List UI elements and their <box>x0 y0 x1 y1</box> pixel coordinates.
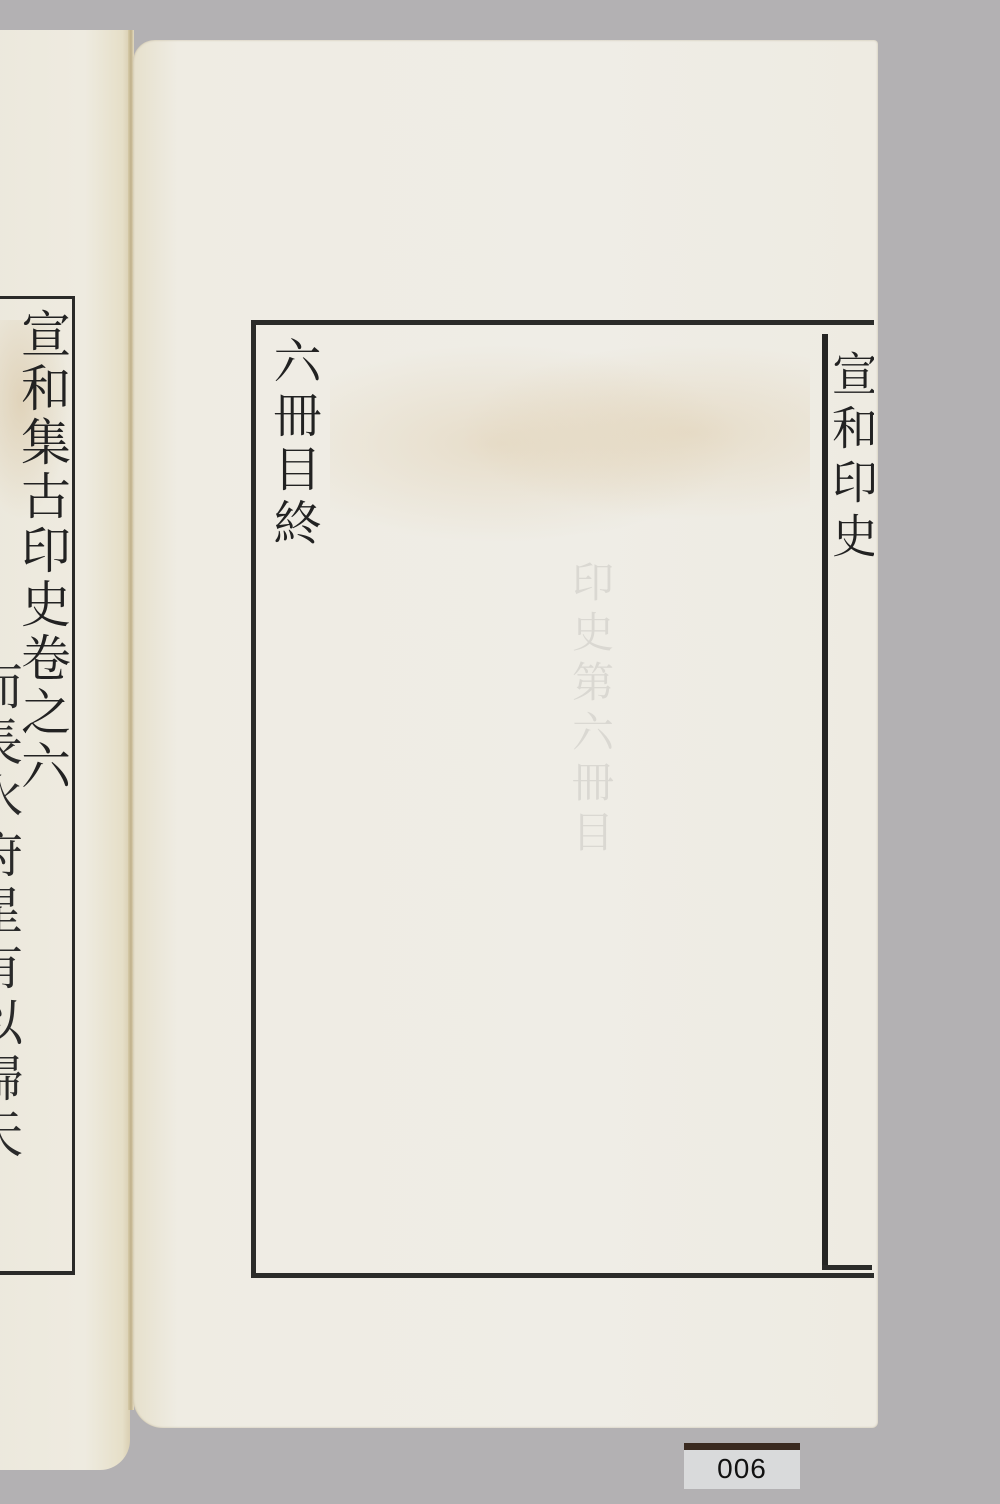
page-number: 006 <box>684 1450 800 1488</box>
tag-bar <box>684 1443 800 1450</box>
right-page-border-frame <box>251 320 874 1278</box>
left-page-second-column: 而長水府星有以歸天 <box>0 660 22 1164</box>
fold-column-line <box>822 334 828 1268</box>
volume-end-text: 六冊目終 <box>262 336 322 552</box>
spine-label: 宣和印史 <box>830 350 874 610</box>
frame-top-extension <box>822 320 872 325</box>
frame-bottom-extension <box>822 1265 872 1270</box>
catalog-tag: 006 <box>684 1443 800 1489</box>
